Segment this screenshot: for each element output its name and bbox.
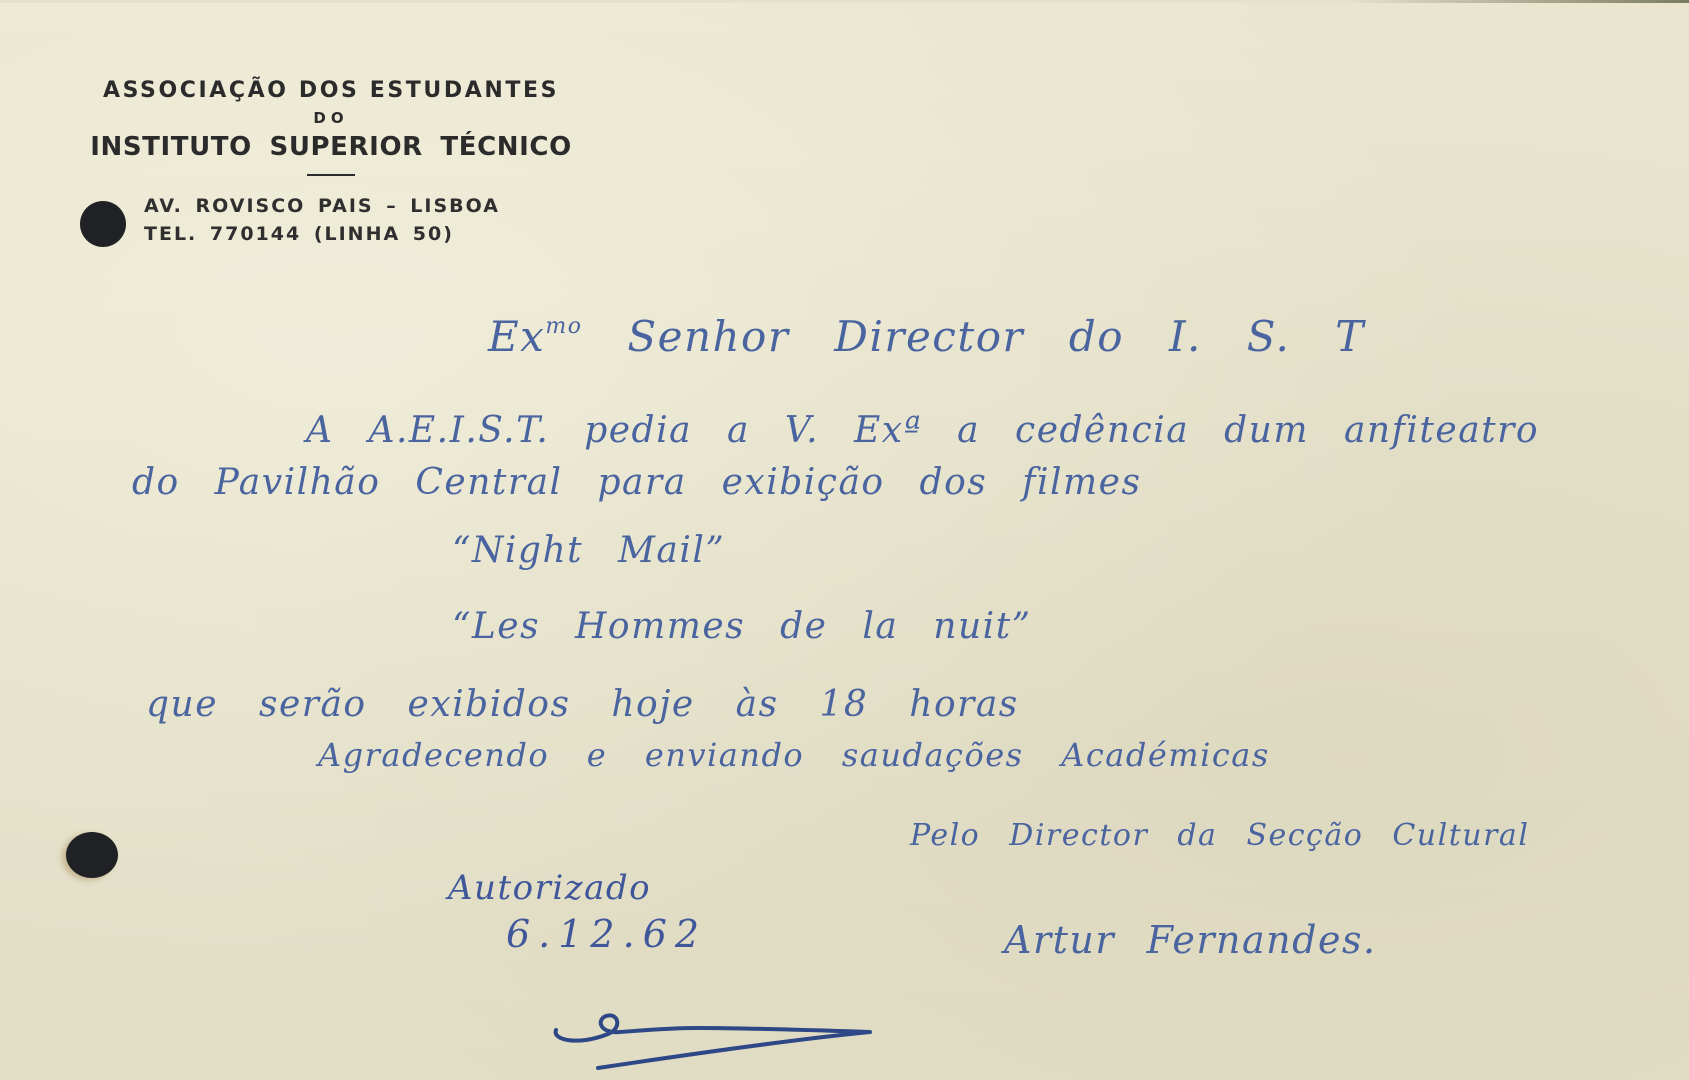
approval-note: Autorizado (448, 868, 651, 908)
salutation-prefix: Ex (488, 312, 545, 361)
letterhead-org-line2: DO (86, 106, 576, 130)
letterhead-contact-block: AV. ROVISCO PAIS – LISBOA TEL. 770144 (L… (144, 192, 500, 248)
body-line-venue: do Pavilhão Central para exibição dos fi… (132, 462, 1141, 503)
signoff: Pelo Director da Secção Cultural (910, 818, 1529, 853)
film-title-1: “Night Mail” (452, 530, 725, 571)
approval-date: 6.12.62 (506, 912, 707, 956)
signature: Artur Fernandes. (1004, 918, 1377, 962)
letterhead: ASSOCIAÇÃO DOS ESTUDANTES DO INSTITUTO S… (86, 76, 576, 184)
letterhead-org-line1: ASSOCIAÇÃO DOS ESTUDANTES (86, 76, 576, 106)
hole-punch-top (80, 201, 126, 247)
closing-line: Agradecendo e enviando saudações Académi… (318, 736, 1270, 774)
salutation-superscript: mo (545, 314, 582, 339)
salutation-rest: Senhor Director do I. S. T (627, 312, 1364, 361)
body-line-time: que serão exibidos hoje às 18 horas (146, 684, 1019, 725)
scanned-letter: ASSOCIAÇÃO DOS ESTUDANTES DO INSTITUTO S… (0, 0, 1689, 1080)
salutation: Exmo Senhor Director do I. S. T (488, 312, 1365, 361)
film-title-2: “Les Hommes de la nuit” (452, 606, 1032, 647)
page-edge (0, 0, 1689, 3)
letterhead-divider (307, 174, 355, 176)
letterhead-phone: TEL. 770144 (LINHA 50) (144, 220, 500, 248)
hole-punch-bottom (66, 832, 118, 878)
body-line-request: A A.E.I.S.T. pedia a V. Exª a cedência d… (306, 410, 1539, 451)
letterhead-address: AV. ROVISCO PAIS – LISBOA (144, 192, 500, 220)
approval-signature-flourish (548, 990, 878, 1070)
letterhead-org-line3: INSTITUTO SUPERIOR TÉCNICO (86, 130, 576, 164)
